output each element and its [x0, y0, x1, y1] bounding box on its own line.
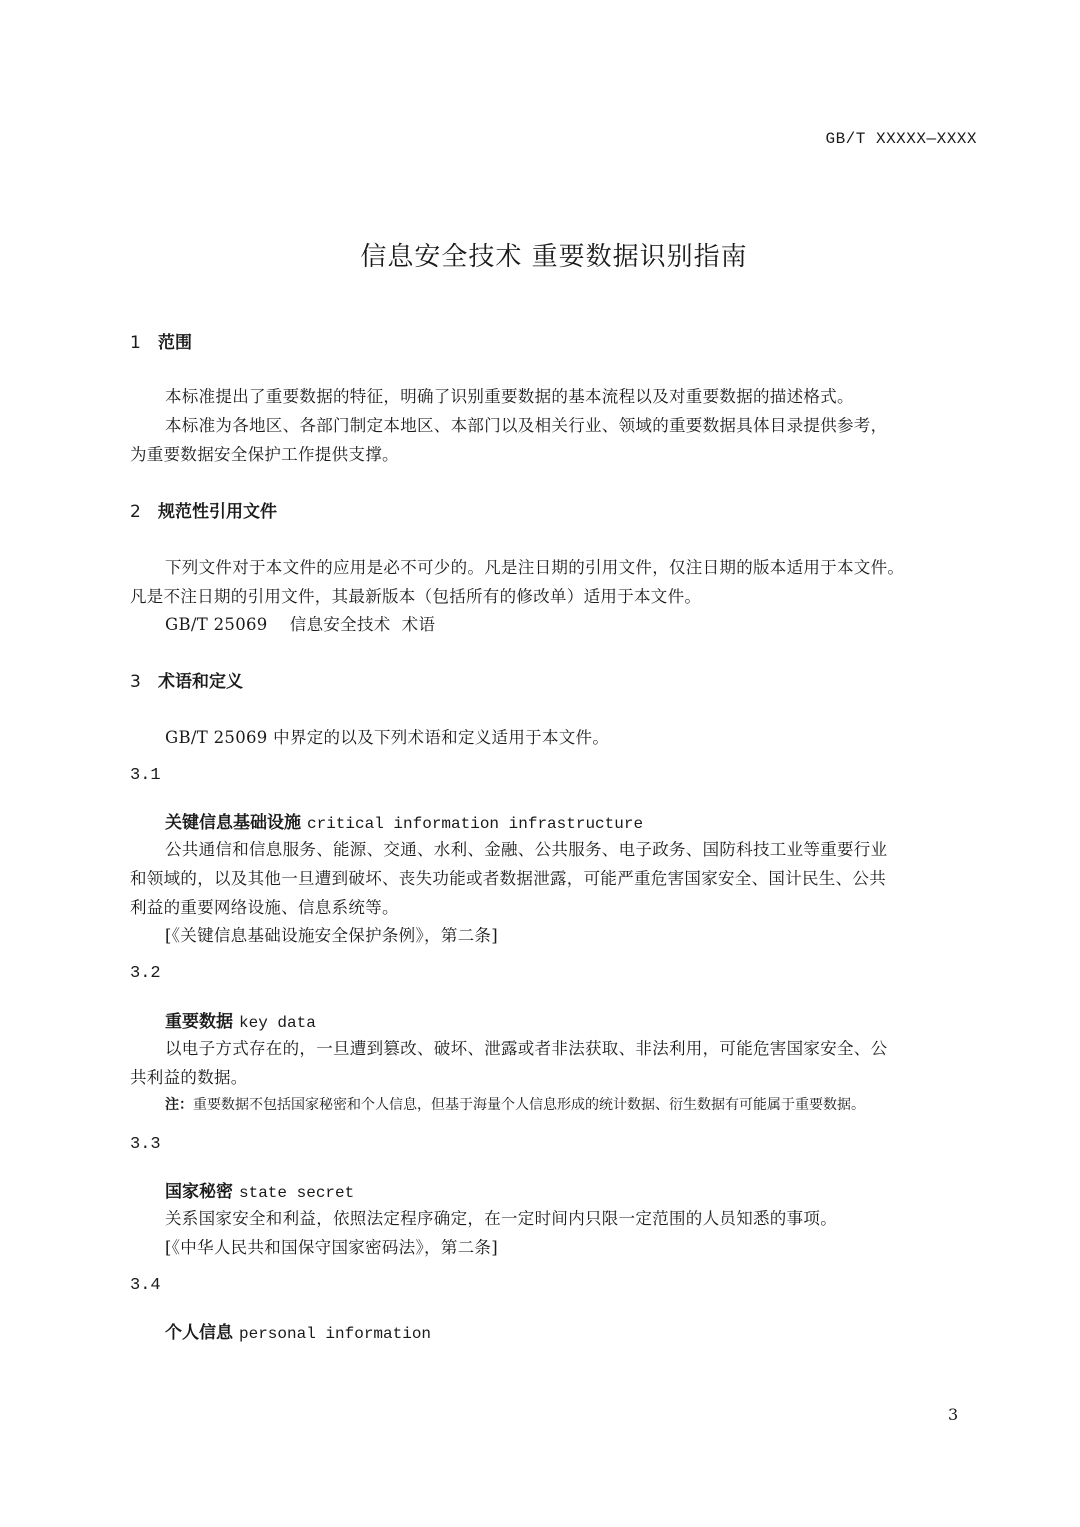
term-definition: 共利益的数据。 — [130, 1064, 248, 1088]
term-cn: 关键信息基础设施 — [165, 813, 301, 833]
term-cn: 国家秘密 — [165, 1182, 233, 1202]
paragraph: 凡是不注日期的引用文件，其最新版本（包括所有的修改单）适用于本文件。 — [130, 583, 701, 607]
term-cn: 个人信息 — [165, 1323, 233, 1343]
page-number: 3 — [948, 1405, 958, 1424]
term-note: 注：重要数据不包括国家秘密和个人信息，但基于海量个人信息形成的统计数据、衍生数据… — [165, 1094, 865, 1114]
term-number: 3.2 — [130, 964, 161, 983]
paragraph: 下列文件对于本文件的应用是必不可少的。凡是注日期的引用文件，仅注日期的版本适用于… — [165, 554, 904, 578]
section-1-heading: 1范围 — [130, 328, 192, 353]
paragraph: GB/T 25069 中界定的以及下列术语和定义适用于本文件。 — [165, 724, 609, 748]
term-en: personal information — [239, 1325, 431, 1343]
paragraph: 本标准提出了重要数据的特征，明确了识别重要数据的基本流程以及对重要数据的描述格式… — [165, 383, 854, 407]
term-heading: 个人信息personal information — [165, 1318, 431, 1343]
term-number: 3.1 — [130, 766, 161, 785]
term-definition: 关系国家安全和利益，依照法定程序确定，在一定时间内只限一定范围的人员知悉的事项。 — [165, 1205, 837, 1229]
section-title: 规范性引用文件 — [158, 502, 277, 522]
note-label: 注： — [165, 1097, 193, 1113]
paragraph: 本标准为各地区、各部门制定本地区、本部门以及相关行业、领域的重要数据具体目录提供… — [165, 412, 887, 436]
section-title: 术语和定义 — [158, 672, 243, 692]
term-definition: 以电子方式存在的，一旦遭到篡改、破坏、泄露或者非法获取、非法利用，可能危害国家安… — [165, 1035, 887, 1059]
term-en: key data — [239, 1014, 316, 1032]
term-en: critical information infrastructure — [307, 815, 643, 833]
section-number: 3 — [130, 672, 158, 692]
section-2-heading: 2规范性引用文件 — [130, 497, 277, 522]
term-heading: 重要数据key data — [165, 1007, 316, 1032]
term-heading: 关键信息基础设施critical information infrastruct… — [165, 808, 643, 833]
section-number: 1 — [130, 333, 158, 353]
paragraph: 为重要数据安全保护工作提供支撑。 — [130, 441, 399, 465]
term-definition: 公共通信和信息服务、能源、交通、水利、金融、公共服务、电子政务、国防科技工业等重… — [165, 836, 887, 860]
term-definition: 利益的重要网络设施、信息系统等。 — [130, 894, 399, 918]
term-source: [《关键信息基础设施安全保护条例》，第二条] — [165, 922, 498, 946]
term-number: 3.3 — [130, 1135, 161, 1154]
term-number: 3.4 — [130, 1276, 161, 1295]
term-heading: 国家秘密state secret — [165, 1177, 354, 1202]
standard-code: GB/T XXXXX—XXXX — [825, 130, 977, 148]
section-title: 范围 — [158, 333, 192, 353]
normative-reference: GB/T 25069 信息安全技术 术语 — [165, 611, 435, 635]
term-en: state secret — [239, 1184, 354, 1202]
term-source: [《中华人民共和国保守国家密码法》，第二条] — [165, 1234, 498, 1258]
term-cn: 重要数据 — [165, 1012, 233, 1032]
term-definition: 和领域的，以及其他一旦遭到破坏、丧失功能或者数据泄露，可能严重危害国家安全、国计… — [130, 865, 886, 889]
section-number: 2 — [130, 502, 158, 522]
note-text: 重要数据不包括国家秘密和个人信息，但基于海量个人信息形成的统计数据、衍生数据有可… — [193, 1097, 865, 1113]
section-3-heading: 3术语和定义 — [130, 667, 243, 692]
document-title: 信息安全技术 重要数据识别指南 — [0, 236, 1080, 273]
